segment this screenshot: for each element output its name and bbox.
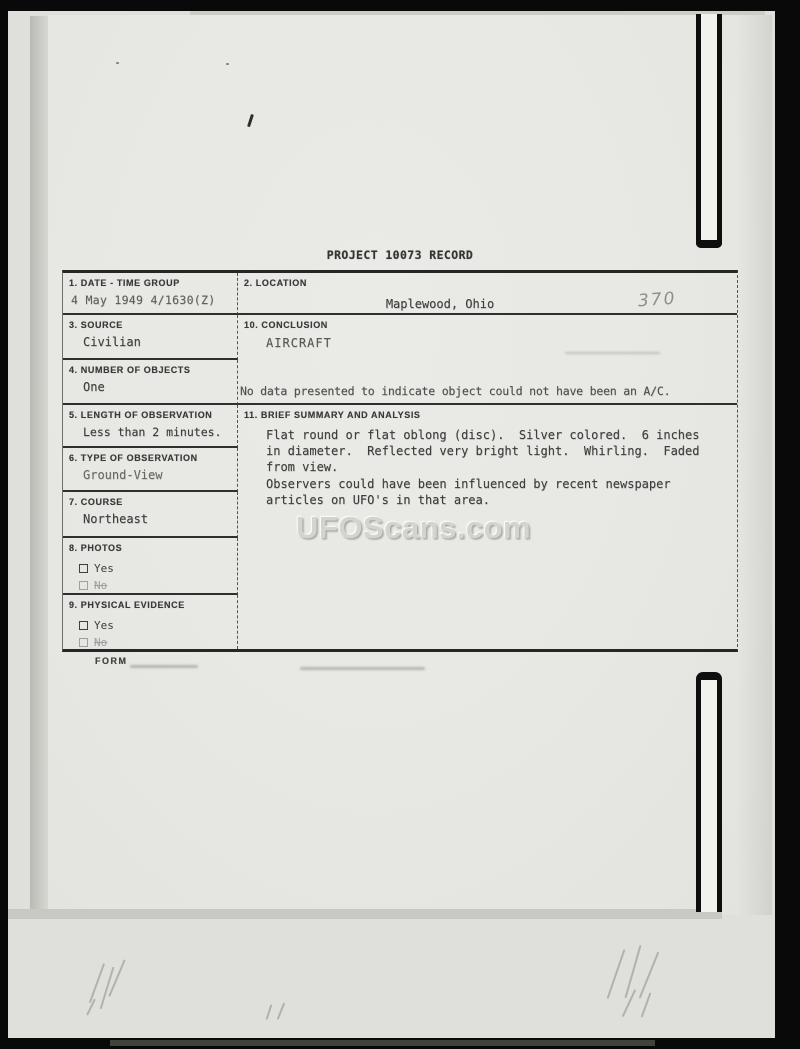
paper-bottom-edge-shadow [8, 909, 722, 919]
field-label: 3. SOURCE [63, 315, 237, 330]
checkbox-icon [79, 621, 88, 630]
field-label: 4. NUMBER OF OBJECTS [63, 360, 237, 375]
checkbox-label: Yes [94, 562, 114, 575]
paper-left-edge-shadow [30, 16, 48, 915]
paper-speck [116, 62, 119, 64]
page-title: PROJECT 10073 RECORD [62, 248, 738, 262]
field-value: Civilian [83, 335, 237, 349]
photos-yes-option: Yes [79, 562, 237, 575]
field-number-of-objects: 4. NUMBER OF OBJECTS One [63, 360, 238, 405]
field-label: 6. TYPE OF OBSERVATION [63, 448, 237, 463]
physical-evidence-no-option: No [79, 636, 237, 649]
field-label: 1. DATE - TIME GROUP [63, 273, 237, 288]
checkbox-label: No [94, 579, 107, 592]
field-value: Northeast [83, 512, 237, 526]
summary-line: Observers could have been influenced by … [266, 476, 737, 492]
field-label: 2. LOCATION [238, 273, 737, 288]
conclusion-note: No data presented to indicate object cou… [240, 384, 737, 398]
field-course: 7. COURSE Northeast [63, 492, 238, 538]
film-mark-top [696, 14, 722, 248]
field-length-of-observation: 5. LENGTH OF OBSERVATION Less than 2 min… [63, 405, 238, 448]
field-conclusion: 10. CONCLUSION AIRCRAFT No data presente… [238, 315, 737, 405]
field-value: Ground-View [83, 468, 237, 482]
paper-right-shadow [736, 15, 772, 915]
field-photos: 8. PHOTOS Yes No [63, 538, 238, 595]
field-label: 11. BRIEF SUMMARY AND ANALYSIS [238, 405, 737, 420]
field-source: 3. SOURCE Civilian [63, 315, 238, 360]
field-value: Maplewood, Ohio [238, 297, 737, 311]
film-mark-bottom [696, 672, 722, 912]
illegible-smudge [565, 352, 660, 354]
checkbox-icon [79, 564, 88, 573]
illegible-smudge [130, 665, 198, 668]
field-location: 2. LOCATION Maplewood, Ohio [238, 273, 737, 315]
summary-line: articles on UFO's in that area. [266, 492, 737, 508]
field-label: 8. PHOTOS [63, 538, 237, 553]
field-label: 5. LENGTH OF OBSERVATION [63, 405, 237, 420]
scan-bottom-strip [110, 1040, 655, 1046]
field-value: AIRCRAFT [266, 336, 737, 350]
checkbox-icon [79, 638, 88, 647]
checkbox-label: Yes [94, 619, 114, 632]
paper-speck [226, 63, 229, 65]
field-value: 4 May 1949 4/1630(Z) [71, 293, 237, 307]
form-footer-label: FORM [95, 656, 128, 666]
field-date-time-group: 1. DATE - TIME GROUP 4 May 1949 4/1630(Z… [63, 273, 238, 315]
field-type-of-observation: 6. TYPE OF OBSERVATION Ground-View [63, 448, 238, 492]
field-label: 9. PHYSICAL EVIDENCE [63, 595, 237, 610]
physical-evidence-yes-option: Yes [79, 619, 237, 632]
illegible-smudge [300, 667, 425, 670]
field-value: Less than 2 minutes. [83, 425, 237, 439]
summary-line: from view. [266, 459, 737, 475]
checkbox-icon [79, 581, 88, 590]
photos-no-option: No [79, 579, 237, 592]
field-label: 7. COURSE [63, 492, 237, 507]
watermark: UFOScans.com [296, 510, 531, 546]
field-physical-evidence: 9. PHYSICAL EVIDENCE Yes No [63, 595, 238, 649]
field-value: One [83, 380, 237, 394]
summary-line: in diameter. Reflected very bright light… [266, 443, 737, 459]
summary-line: Flat round or flat oblong (disc). Silver… [266, 427, 737, 443]
field-label: 10. CONCLUSION [238, 315, 737, 330]
checkbox-label: No [94, 636, 107, 649]
summary-text: Flat round or flat oblong (disc). Silver… [266, 427, 737, 508]
record-card-table: 1. DATE - TIME GROUP 4 May 1949 4/1630(Z… [62, 270, 738, 652]
